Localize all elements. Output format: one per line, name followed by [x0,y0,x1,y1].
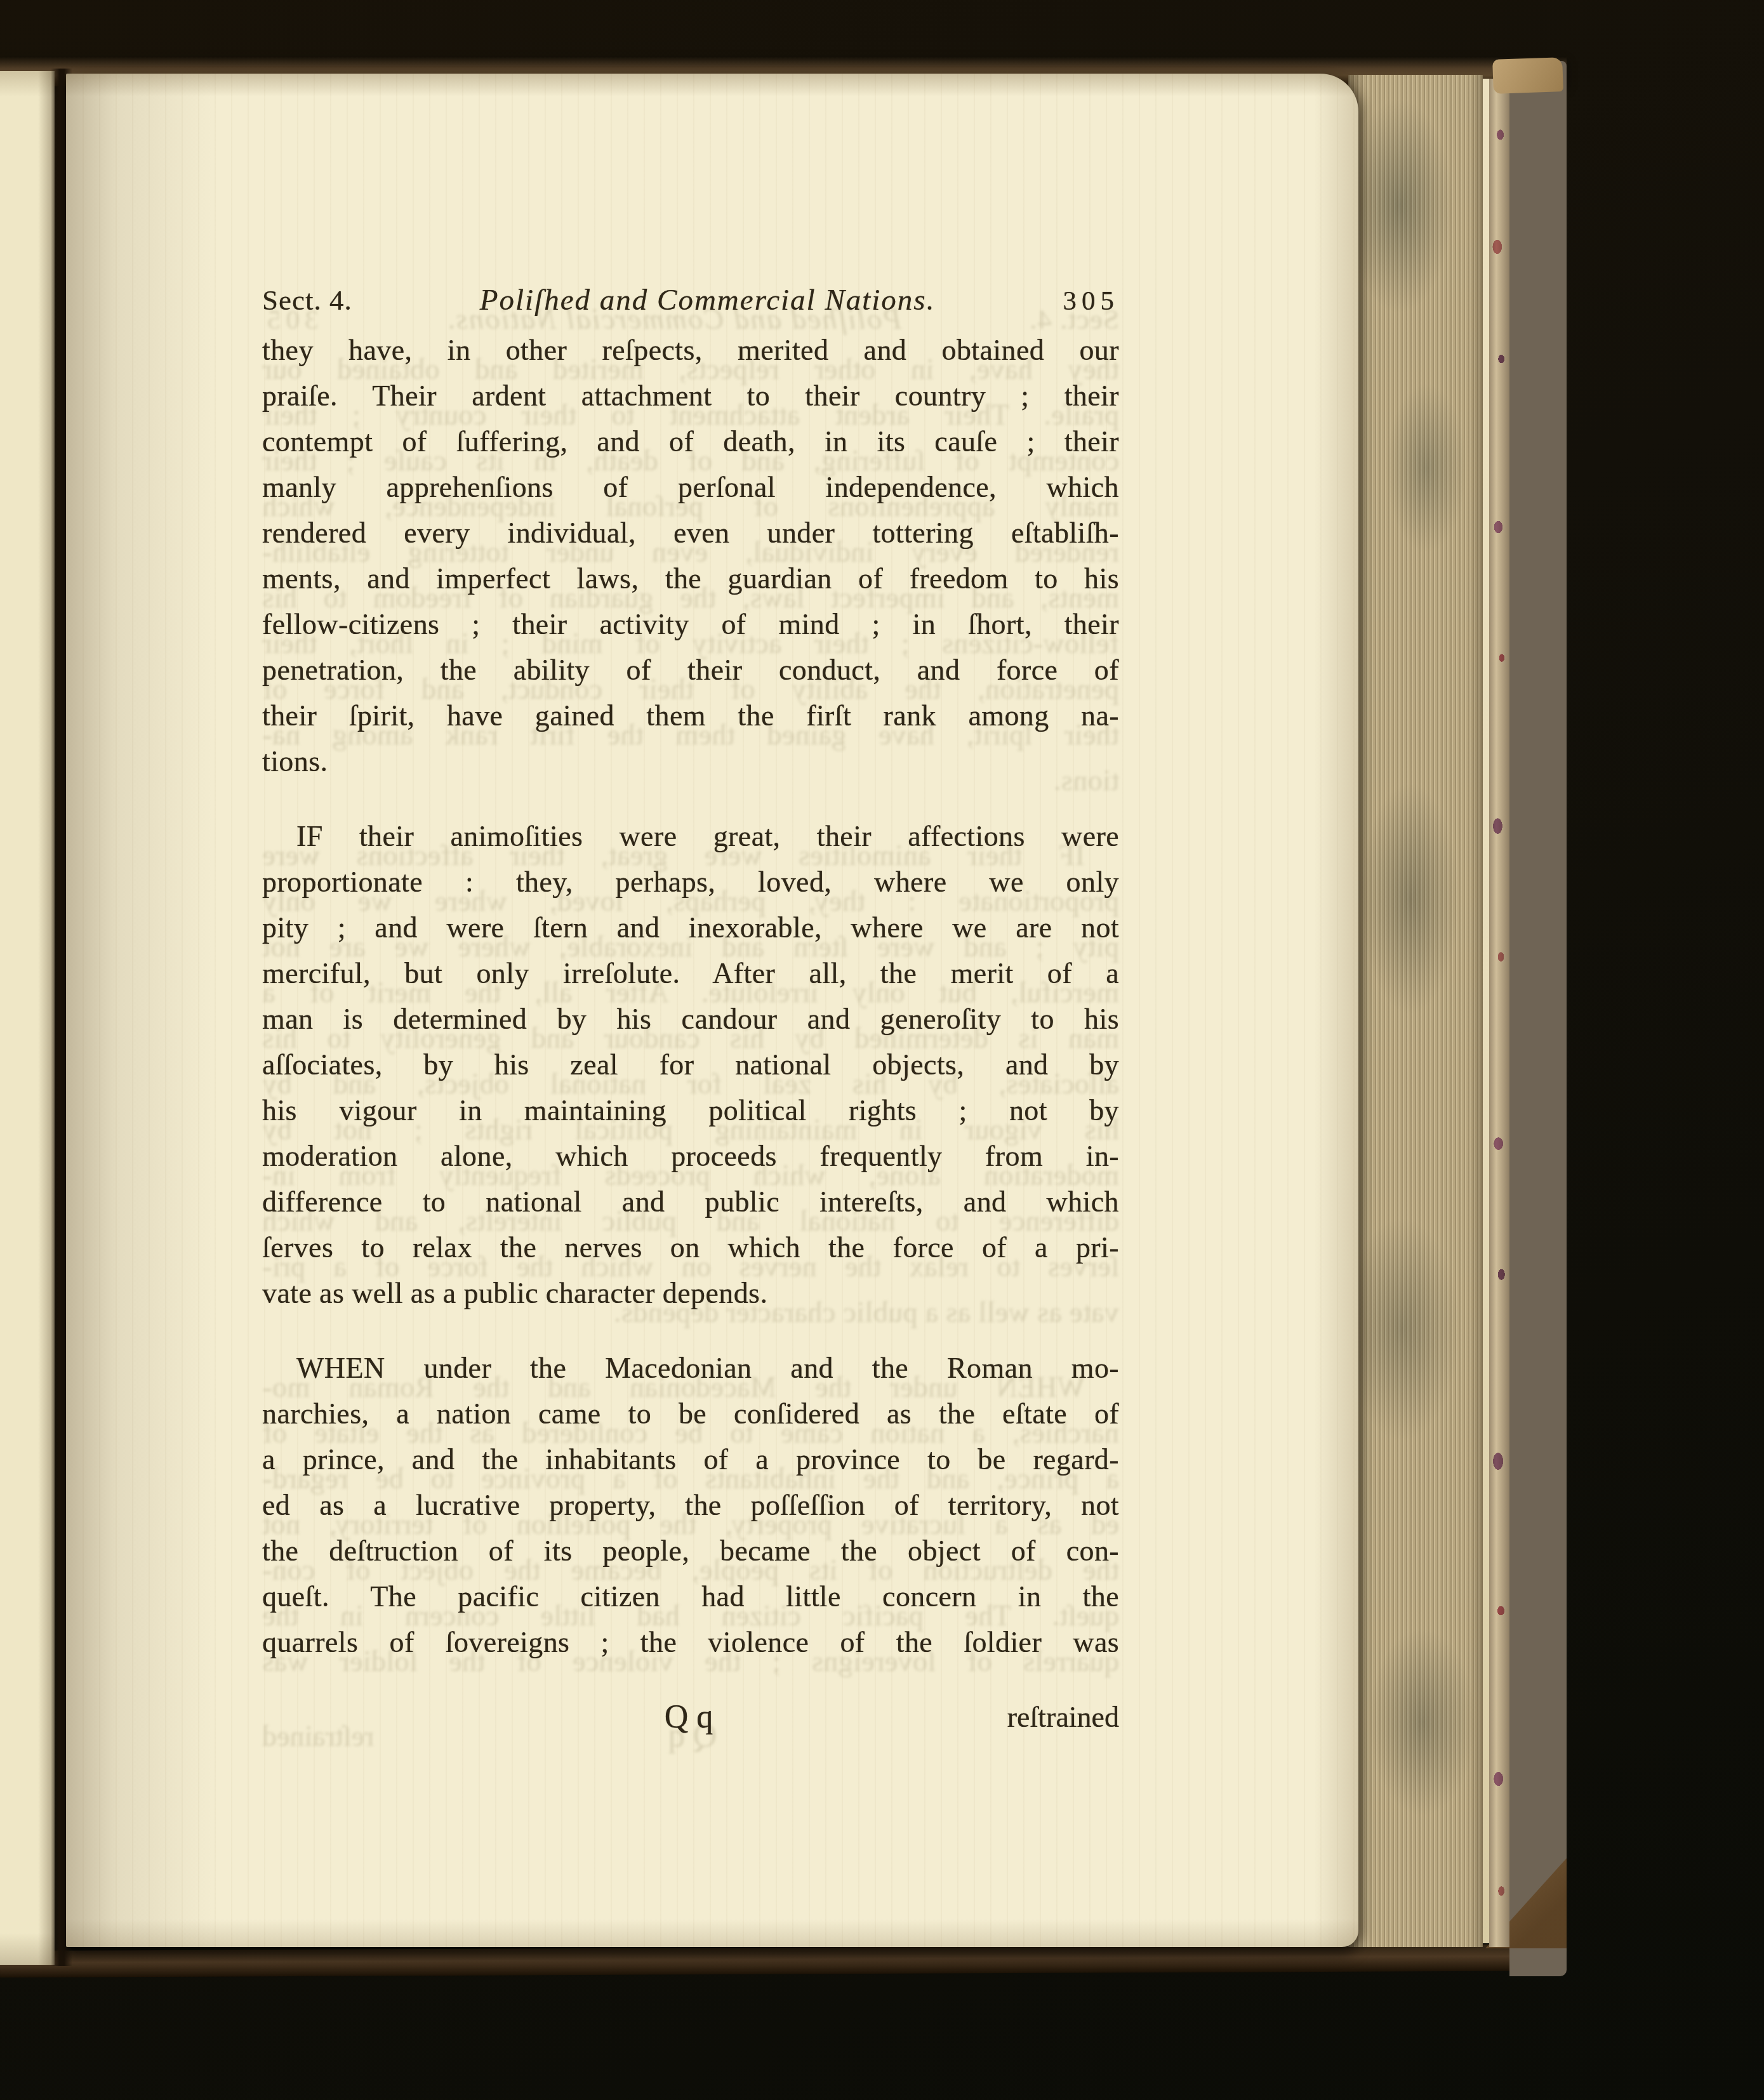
marbled-endpaper-edge [1489,79,1509,1947]
text-line: they have, in other reſpects, merited an… [262,327,1119,373]
text-line: moderation alone, which proceeds frequen… [262,1133,1119,1179]
text-line: difference to national and public intere… [262,1179,1119,1225]
leather-cover [1509,61,1567,1976]
text-line: rendered every individual, even under to… [262,510,1119,556]
paragraph-3: WHEN under the Macedonian and the Roman … [262,1345,1119,1665]
text-line: contempt of ſuffering, and of death, in … [262,419,1119,465]
photograph-backdrop: Sect. 4. Poliſhed and Commercial Nations… [0,0,1764,2100]
text-line: queſt. The pacific citizen had little co… [262,1574,1119,1620]
text-line: their ſpirit, have gained them the firſt… [262,693,1119,739]
text-line: aſſociates, by his zeal for national obj… [262,1042,1119,1088]
fore-edge-pages [1348,75,1483,1947]
text-line: tions. [262,739,1119,784]
text-line: proportionate : they, perhaps, loved, wh… [262,859,1119,905]
paragraph-1: they have, in other reſpects, merited an… [262,327,1119,784]
cover-corner-wear [1492,57,1563,94]
text-line: merciful, but only irreſolute. After all… [262,951,1119,996]
catchword: reſtrained [1007,1694,1119,1740]
signature-mark: Q q [665,1694,713,1740]
text-line: ments, and imperfect laws, the guardian … [262,556,1119,602]
text-line: penetration, the ability of their conduc… [262,647,1119,693]
text-line: vate as well as a public character depen… [262,1271,1119,1316]
text-line: a prince, and the inhabitants of a provi… [262,1437,1119,1483]
book-bottom-edge [0,1944,1567,1978]
text-line: his vigour in maintaining political righ… [262,1088,1119,1133]
text-line: manly apprehenſions of perſonal independ… [262,465,1119,510]
text-line: man is determined by his candour and gen… [262,996,1119,1042]
text-line: quarrels of ſovereigns ; the violence of… [262,1620,1119,1665]
text-line: ed as a lucrative property, the poſſeſſi… [262,1483,1119,1528]
signature-line: Q q reſtrained [262,1694,1119,1740]
text-block: Sect. 4. Poliſhed and Commercial Nations… [262,283,1119,1740]
page-number: 305 [1063,286,1119,317]
paragraph-2: IF their animoſities were great, their a… [262,814,1119,1316]
text-line: praiſe. Their ardent attachment to their… [262,373,1119,419]
text-line: pity ; and were ſtern and inexorable, wh… [262,905,1119,951]
running-title: Poliſhed and Commercial Nations. [480,283,936,317]
text-line: WHEN under the Macedonian and the Roman … [262,1345,1119,1391]
book-page: Sect. 4. Poliſhed and Commercial Nations… [66,74,1358,1947]
section-label: Sect. 4. [262,284,352,317]
page-header: Sect. 4. Poliſhed and Commercial Nations… [262,283,1119,321]
text-line: IF their animoſities were great, their a… [262,814,1119,859]
facing-page-sliver [0,71,55,1965]
text-line: the deſtruction of its people, became th… [262,1528,1119,1574]
text-line: narchies, a nation came to be conſidered… [262,1391,1119,1437]
text-line: fellow-citizens ; their activity of mind… [262,602,1119,647]
text-line: ſerves to relax the nerves on which the … [262,1225,1119,1271]
